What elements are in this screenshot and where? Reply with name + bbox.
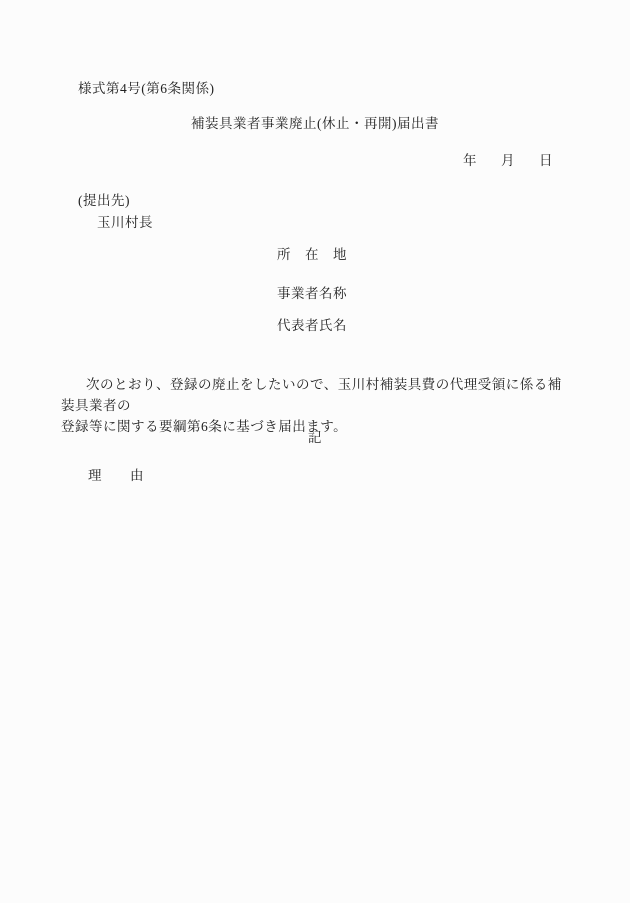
document-page: 様式第4号(第6条関係) 補装具業者事業廃止(休止・再開)届出書 年 月 日 (…: [0, 0, 630, 903]
date-line: 年 月 日: [463, 154, 553, 168]
body-paragraph: 次のとおり、登録の廃止をしたいので、玉川村補装具費の代理受領に係る補装具業者の …: [61, 374, 573, 437]
representative-field-label: 代表者氏名: [277, 319, 347, 333]
document-title: 補装具業者事業廃止(休止・再開)届出書: [0, 117, 630, 131]
record-marker: 記: [0, 431, 630, 445]
recipient-label: (提出先): [78, 194, 130, 208]
year-label: 年: [463, 154, 477, 168]
address-field-label: 所 在 地: [277, 248, 347, 262]
reason-label: 理 由: [88, 469, 144, 483]
month-label: 月: [501, 154, 515, 168]
business-name-field-label: 事業者名称: [277, 287, 347, 301]
body-line-1: 次のとおり、登録の廃止をしたいので、玉川村補装具費の代理受領に係る補装具業者の: [61, 374, 573, 416]
form-number-text: 様式第4号(第6条関係): [78, 82, 215, 96]
day-label: 日: [539, 154, 553, 168]
recipient-name: 玉川村長: [97, 216, 153, 230]
